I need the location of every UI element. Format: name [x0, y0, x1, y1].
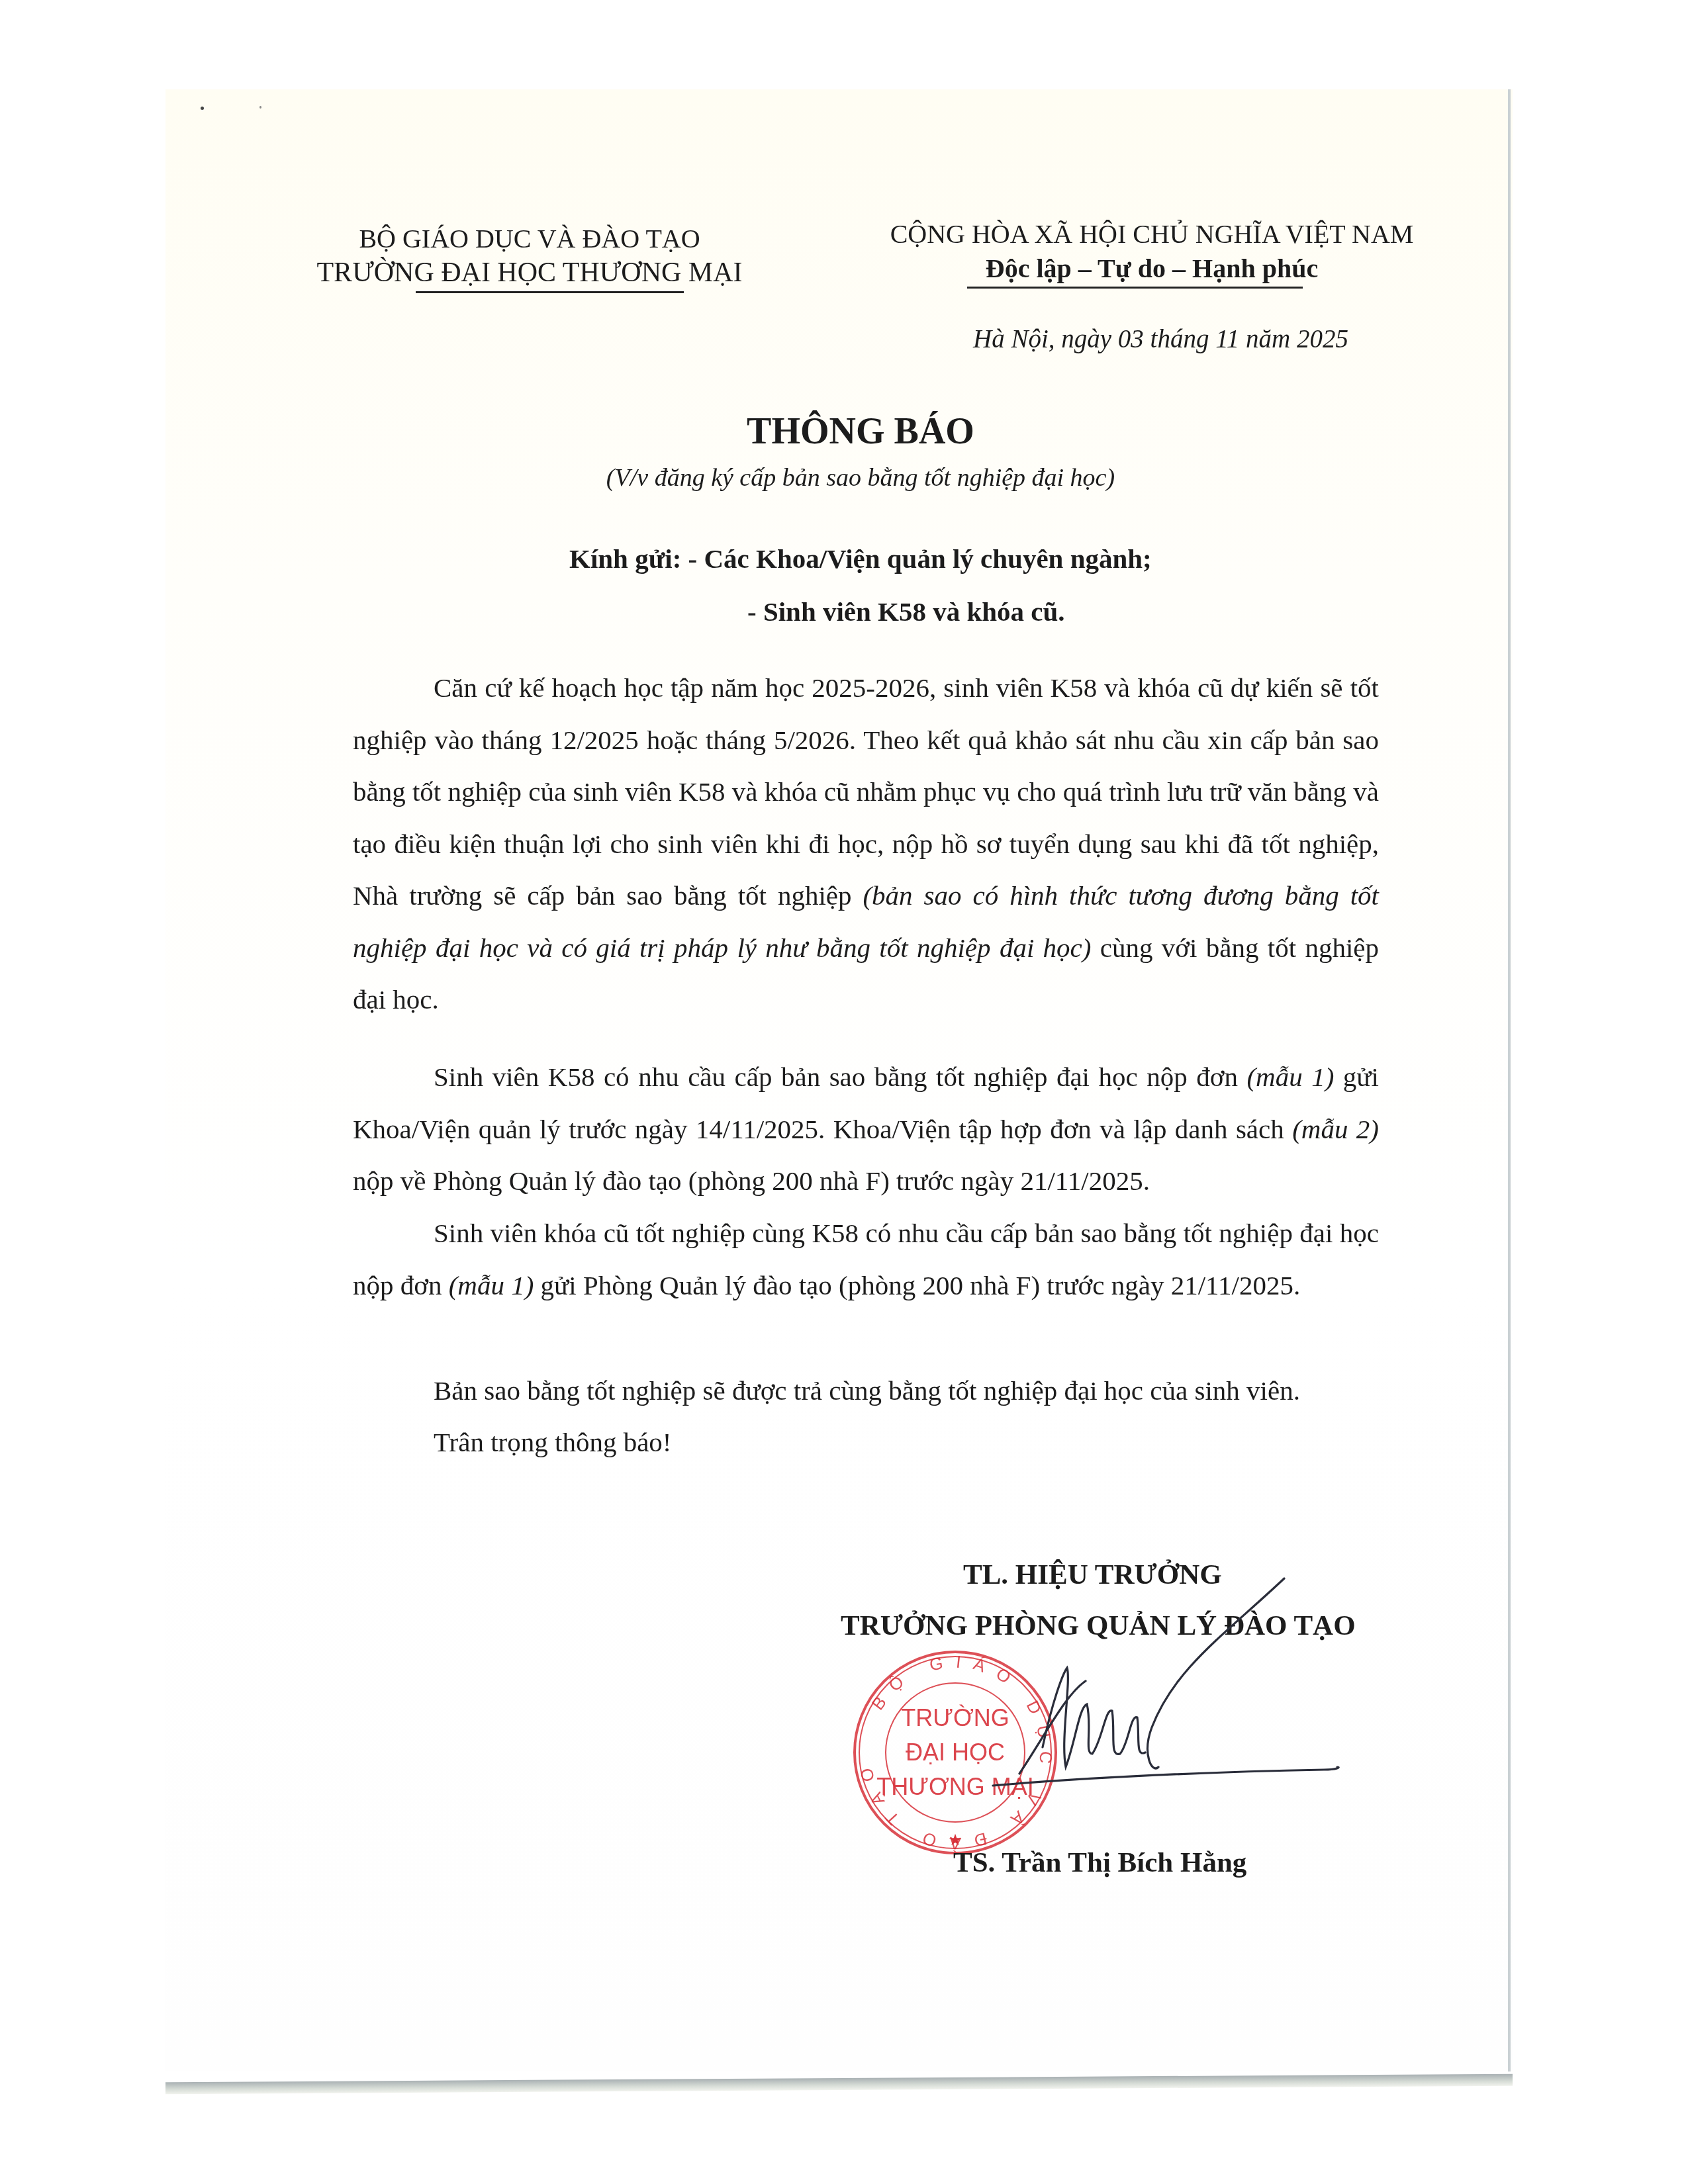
italic-note: (mẫu 2): [1292, 1114, 1379, 1144]
motto-underline: [967, 287, 1303, 289]
country-name: CỘNG HÒA XÃ HỘI CHỦ NGHĨA VIỆT NAM: [854, 217, 1450, 251]
recipient-item: - Các Khoa/Viện quản lý chuyên ngành;: [688, 543, 1152, 574]
text-run: gửi Phòng Quản lý đào tạo (phòng 200 nhà…: [534, 1270, 1300, 1300]
ministry-name: BỘ GIÁO DỤC VÀ ĐÀO TẠO: [285, 222, 774, 255]
national-motto: Độc lập – Tự do – Hạnh phúc: [854, 251, 1450, 286]
text-run: Sinh viên K58 có nhu cầu cấp bản sao bằn…: [434, 1062, 1246, 1092]
document-subject: (V/v đăng ký cấp bản sao bằng tốt nghiệp…: [543, 463, 1178, 492]
italic-note: (mẫu 1): [1246, 1062, 1334, 1092]
body-paragraph: Bản sao bằng tốt nghiệp sẽ được trả cùng…: [353, 1365, 1379, 1417]
closing-line: Trân trọng thông báo!: [353, 1416, 1379, 1469]
paper-edge-bottom: [165, 2074, 1513, 2094]
university-name: TRƯỜNG ĐẠI HỌC THƯƠNG MẠI: [285, 255, 774, 290]
signer-name: TS. Trần Thị Bích Hằng: [953, 1846, 1246, 1879]
university-underline: [416, 291, 684, 293]
speck-mark: [201, 107, 204, 110]
place-date: Hà Nội, ngày 03 tháng 11 năm 2025: [973, 324, 1348, 354]
speck-mark: [259, 106, 261, 109]
text-run: Căn cứ kế hoạch học tập năm học 2025-202…: [353, 672, 1379, 911]
italic-note: (mẫu 1): [449, 1270, 534, 1300]
body-paragraph: Căn cứ kế hoạch học tập năm học 2025-202…: [353, 662, 1379, 1026]
recipient-label: Kính gửi:: [569, 543, 681, 574]
document-title: THÔNG BÁO: [662, 410, 1059, 453]
issuing-authority: BỘ GIÁO DỤC VÀ ĐÀO TẠO TRƯỜNG ĐẠI HỌC TH…: [285, 222, 774, 290]
body-paragraph: Sinh viên khóa cũ tốt nghiệp cùng K58 có…: [353, 1207, 1379, 1311]
recipient-line-1: Kính gửi: - Các Khoa/Viện quản lý chuyên…: [569, 543, 1152, 574]
text-run: Trân trọng thông báo!: [434, 1427, 672, 1457]
handwritten-signature-icon: [914, 1575, 1350, 1794]
text-run: nộp về Phòng Quản lý đào tạo (phòng 200 …: [353, 1165, 1150, 1196]
recipient-item: - Sinh viên K58 và khóa cũ.: [747, 596, 1065, 627]
text-run: Bản sao bằng tốt nghiệp sẽ được trả cùng…: [434, 1375, 1300, 1406]
national-heading: CỘNG HÒA XÃ HỘI CHỦ NGHĨA VIỆT NAM Độc l…: [854, 217, 1450, 286]
paper-edge-right: [1508, 89, 1511, 2071]
body-paragraph: Sinh viên K58 có nhu cầu cấp bản sao bằn…: [353, 1051, 1379, 1207]
